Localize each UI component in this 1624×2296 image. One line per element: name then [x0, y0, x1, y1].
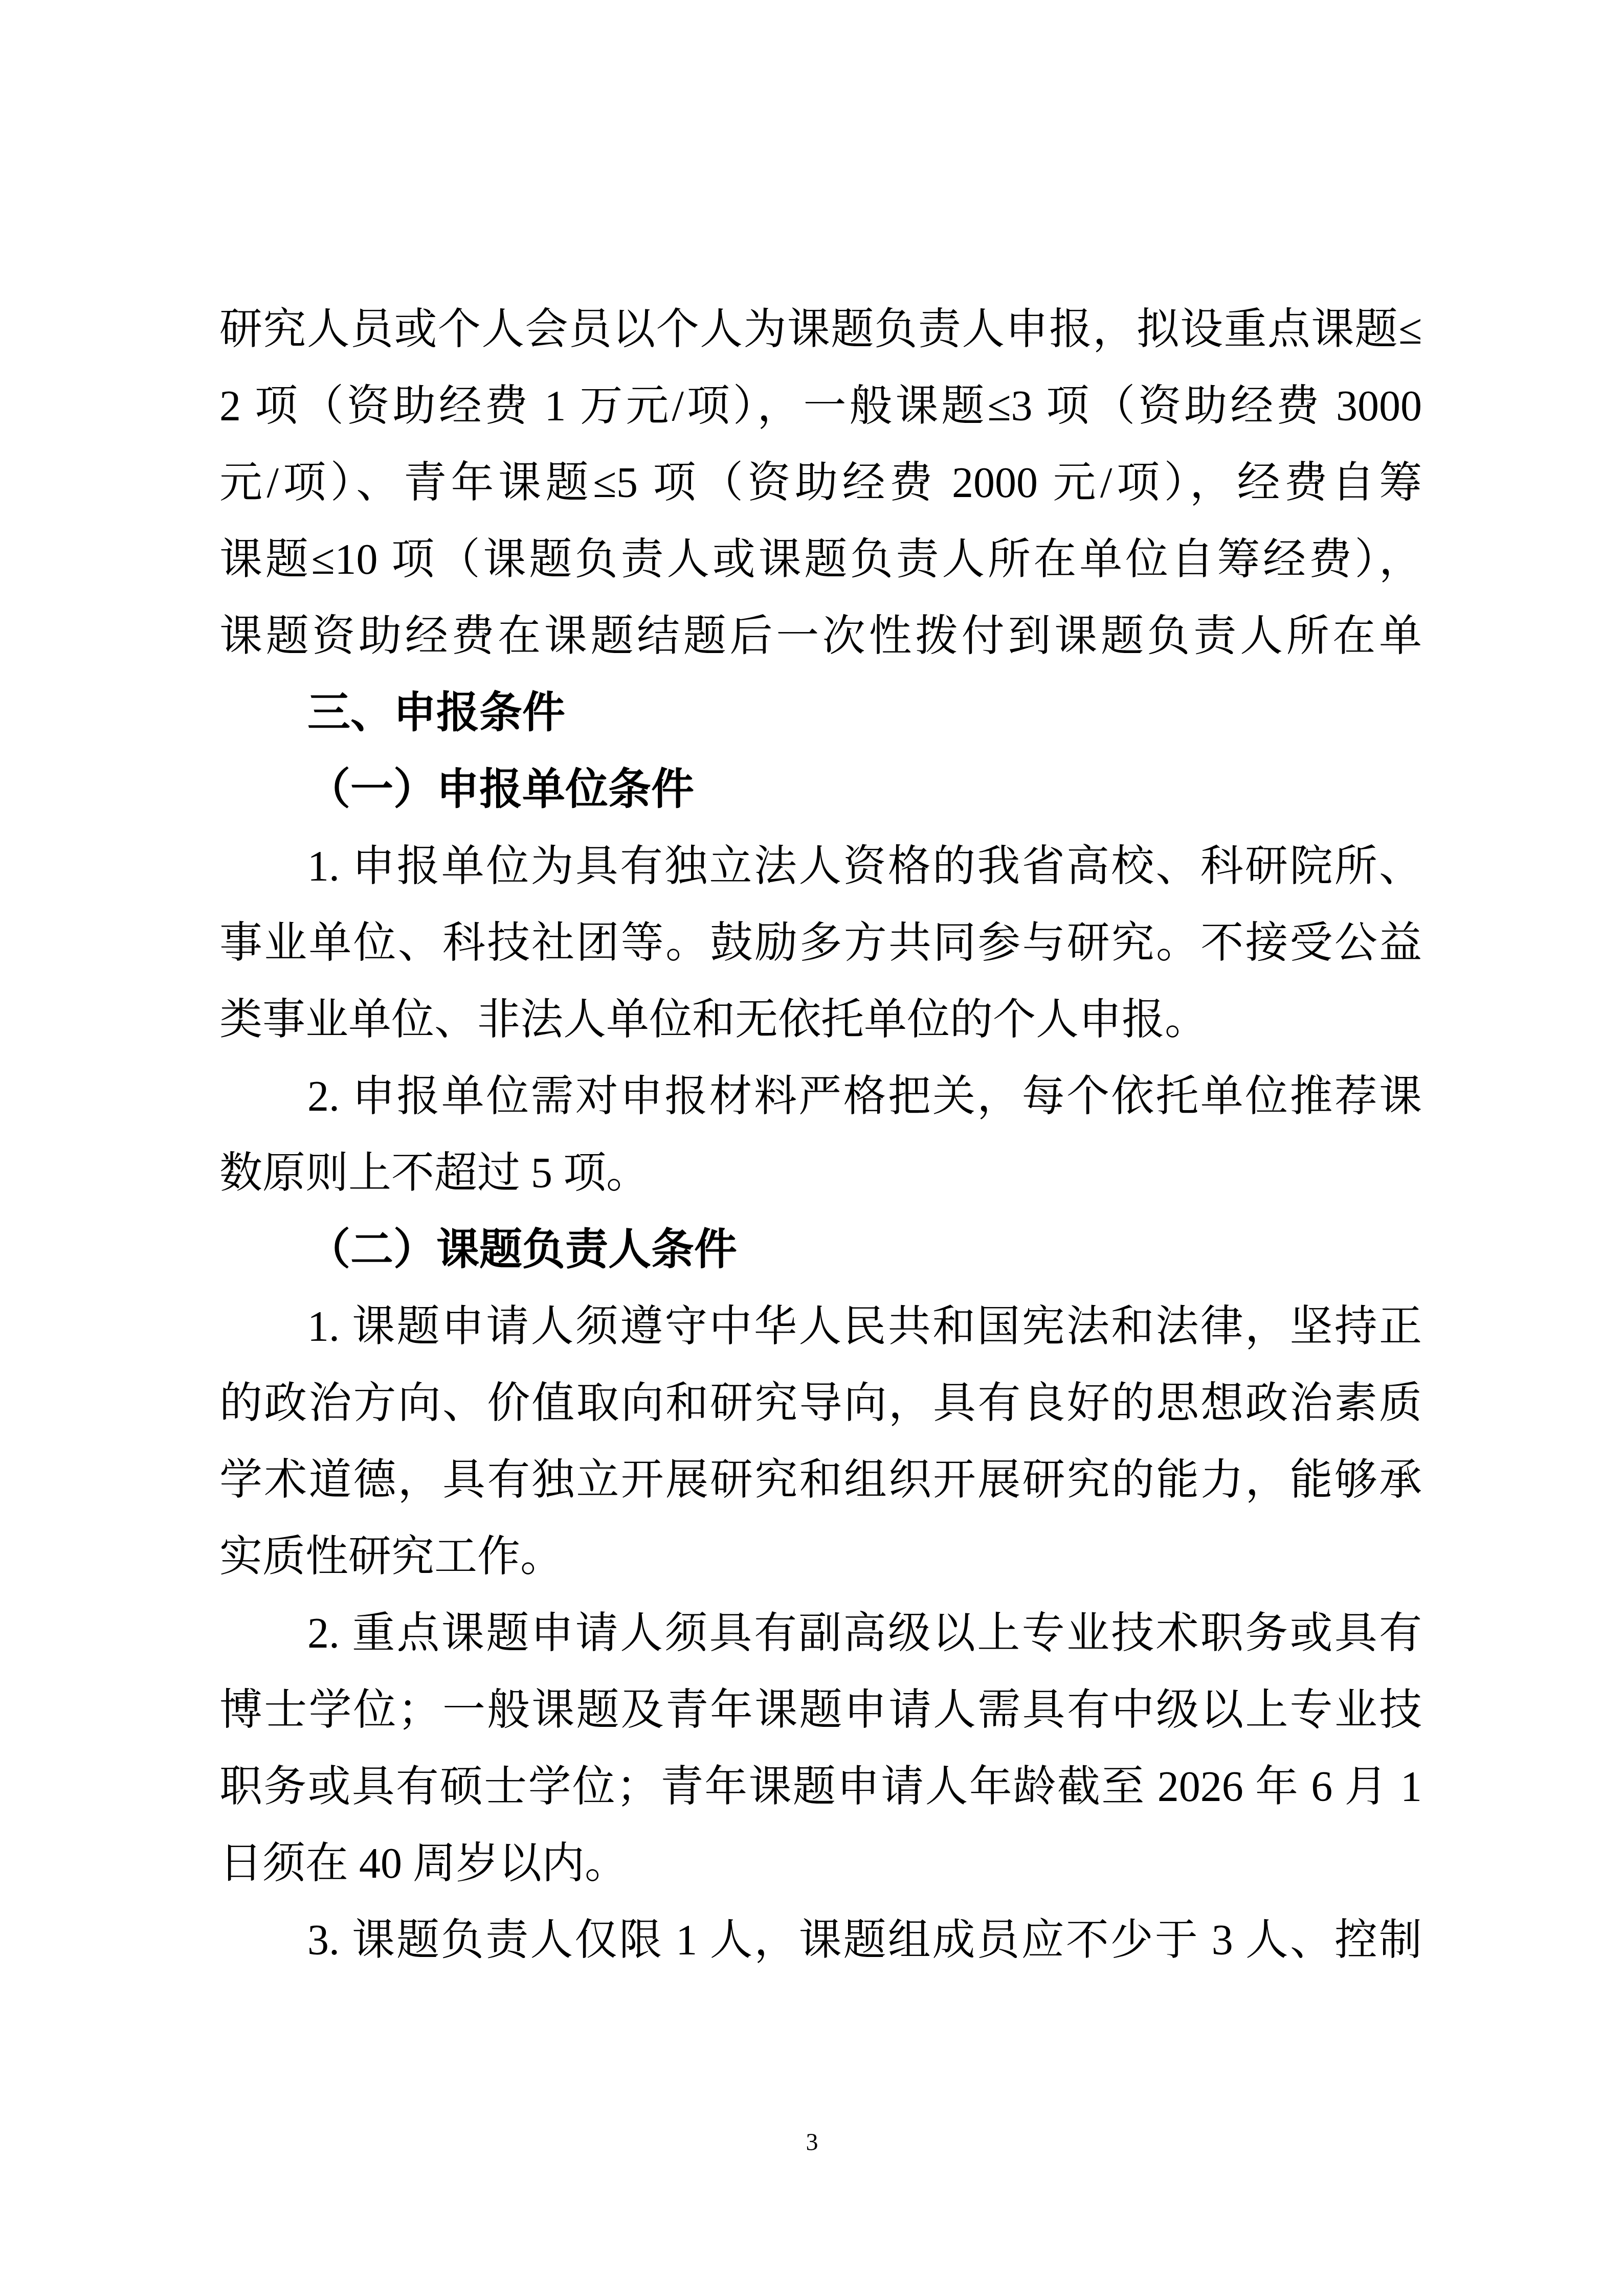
text-line: 学术道德，具有独立开展研究和组织开展研究的能力，能够承担: [219, 1442, 1422, 1519]
text-line: 2. 重点课题申请人须具有副高级以上专业技术职务或具有: [219, 1595, 1422, 1672]
text-line: 元/项）、青年课题≤5 项（资助经费 2000 元/项），经费自筹: [219, 445, 1422, 522]
text-line: 2. 申报单位需对申报材料严格把关，每个依托单位推荐课题: [219, 1059, 1422, 1135]
text-line: 事业单位、科技社团等。鼓励多方共同参与研究。不接受公益一: [219, 905, 1422, 982]
text-line: 1. 课题申请人须遵守中华人民共和国宪法和法律，坚持正确: [219, 1289, 1422, 1365]
text-line: 博士学位；一般课题及青年课题申请人需具有中级以上专业技术: [219, 1672, 1422, 1749]
text-line: 3. 课题负责人仅限 1 人，课题组成员应不少于 3 人、控制在: [219, 1902, 1422, 1979]
document-body: 研究人员或个人会员以个人为课题负责人申报，拟设重点课题≤2 项（资助经费 1 万…: [219, 291, 1422, 1979]
text-line: 课题≤10 项（课题负责人或课题负责人所在单位自筹经费），: [219, 522, 1422, 598]
document-page: 研究人员或个人会员以个人为课题负责人申报，拟设重点课题≤2 项（资助经费 1 万…: [0, 0, 1624, 2296]
text-line: 2 项（资助经费 1 万元/项），一般课题≤3 项（资助经费 3000: [219, 368, 1422, 445]
text-line: 研究人员或个人会员以个人为课题负责人申报，拟设重点课题≤: [219, 291, 1422, 368]
heading-line: （一）申报单位条件: [219, 752, 1422, 828]
text-line: 实质性研究工作。: [219, 1519, 1422, 1595]
text-line: 日须在 40 周岁以内。: [219, 1826, 1422, 1902]
heading-line: （二）课题负责人条件: [219, 1212, 1422, 1289]
page-number: 3: [0, 2127, 1624, 2158]
text-line: 1. 申报单位为具有独立法人资格的我省高校、科研院所、企: [219, 828, 1422, 905]
text-line: 的政治方向、价值取向和研究导向，具有良好的思想政治素质和: [219, 1365, 1422, 1442]
text-line: 课题资助经费在课题结题后一次性拨付到课题负责人所在单位。: [219, 598, 1422, 675]
text-line: 职务或具有硕士学位；青年课题申请人年龄截至 2026 年 6 月 1: [219, 1749, 1422, 1826]
text-line: 数原则上不超过 5 项。: [219, 1135, 1422, 1212]
heading-line: 三、申报条件: [219, 675, 1422, 752]
text-line: 类事业单位、非法人单位和无依托单位的个人申报。: [219, 982, 1422, 1059]
